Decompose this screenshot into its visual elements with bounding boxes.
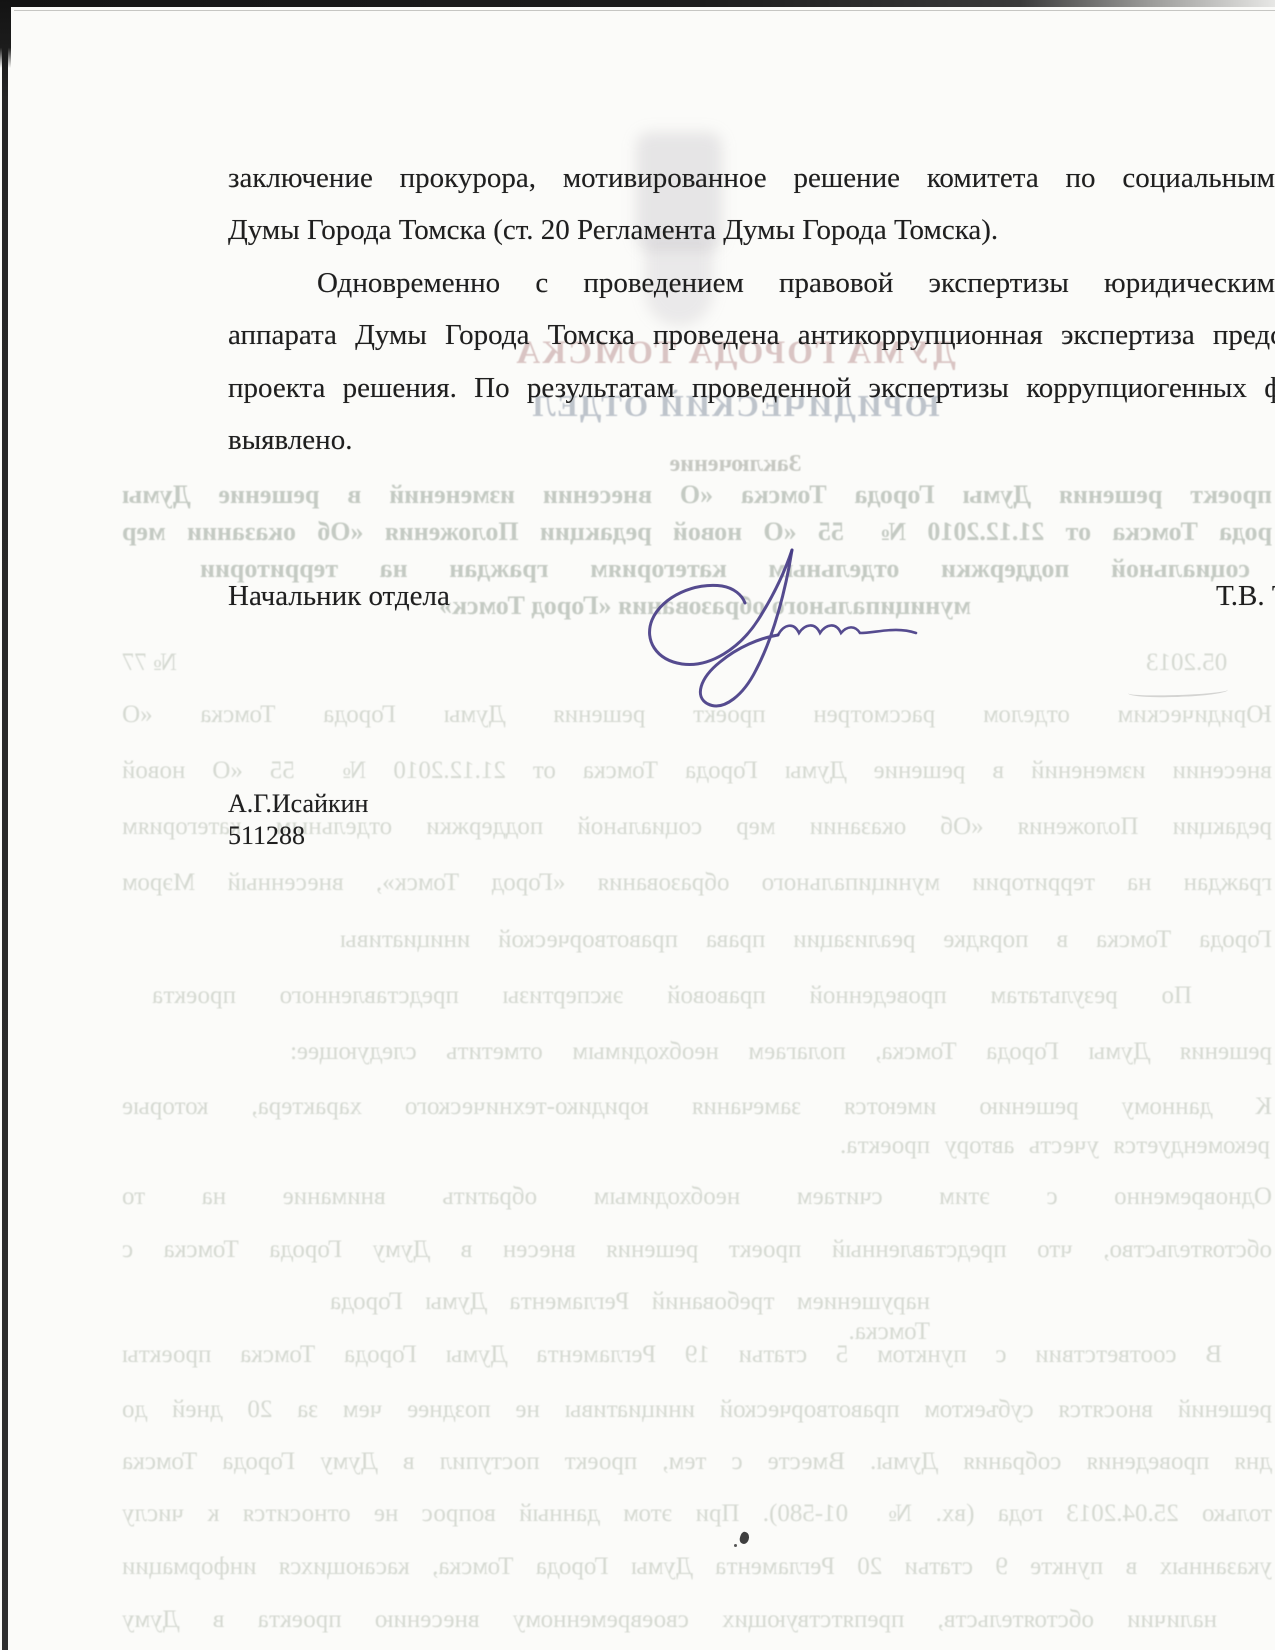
signoff-title: Начальник отдела — [228, 578, 450, 614]
bleed-body-line: внесении изменений в решение Думы Города… — [122, 756, 1272, 786]
bleed-body-line: решения Думы Города Томска, полагаем нео… — [290, 1037, 1272, 1067]
bleed-body-line: К данному решению имеются замечания юрид… — [122, 1092, 1272, 1122]
signoff-initials: Т.В. Т — [1216, 578, 1275, 614]
page-top-edge — [14, 10, 1275, 11]
bleed-body-line: По результатам проведенной правовой эксп… — [152, 981, 1192, 1011]
executor-name: А.Г.Исайкин — [228, 786, 368, 822]
bleed-body-line: наличии обстоятельств, препятствующих св… — [122, 1605, 1217, 1635]
bleed-body-line: обстоятельство, что представленный проек… — [122, 1235, 1272, 1265]
bleed-doc-type: Заключение — [628, 449, 843, 479]
bleed-date: 05.2013 — [1146, 648, 1227, 678]
bleed-body-line: В соответствии с пунктом 5 статьи 19 Рег… — [122, 1340, 1222, 1370]
bleed-body-line: только 25.04.2013 года (вх. № 01-580). П… — [122, 1499, 1272, 1529]
executor-phone: 511288 — [228, 818, 305, 854]
pencil-scribble — [1128, 684, 1228, 698]
bleed-body-line: Города Томска в порядке реализации права… — [340, 925, 1272, 955]
bleed-body-line: рекомендуется учесть автору проекта. — [840, 1131, 1270, 1161]
bleed-body-line: Одновременно с этим считаем необходимым … — [122, 1182, 1272, 1212]
bleed-intro-line: проект решения Думы Города Томска «О вне… — [122, 480, 1272, 510]
bleed-body-line: дня проведения собрания Думы. Вместе с т… — [122, 1447, 1272, 1477]
body-text-line: аппарата Думы Города Томска проведена ан… — [228, 317, 1275, 353]
scan-edge-corner — [0, 0, 11, 68]
document-scan: ДУМА ГОРОДА ТОМСКА ЮРИДИЧЕСКИЙ ОТДЕЛ Зак… — [0, 0, 1275, 1650]
body-text-line: проекта решения. По результатам проведен… — [228, 370, 1275, 406]
bleed-number: № 77 — [122, 648, 177, 678]
handwritten-signature — [588, 540, 933, 720]
bleed-body-line: граждан на территории муниципального обр… — [122, 868, 1272, 898]
body-text-line: выявлено. — [228, 422, 352, 458]
scan-edge-left — [2, 0, 8, 1650]
scan-edge-top — [0, 0, 1275, 7]
bleed-body-line: решений вносятся субъектом правотворческ… — [122, 1395, 1272, 1425]
body-text-line: Думы Города Томска (ст. 20 Регламента Ду… — [228, 212, 998, 248]
bleed-body-line: нарушением требований Регламента Думы Го… — [330, 1287, 930, 1347]
ink-speck-small — [734, 1544, 737, 1547]
bleed-body-line: указанных в пункте 9 статьи 20 Регламент… — [122, 1552, 1272, 1582]
body-text-line: заключение прокурора, мотивированное реш… — [228, 160, 1275, 196]
body-text-line: Одновременно с проведением правовой эксп… — [317, 265, 1275, 301]
ink-speck — [738, 1531, 751, 1545]
